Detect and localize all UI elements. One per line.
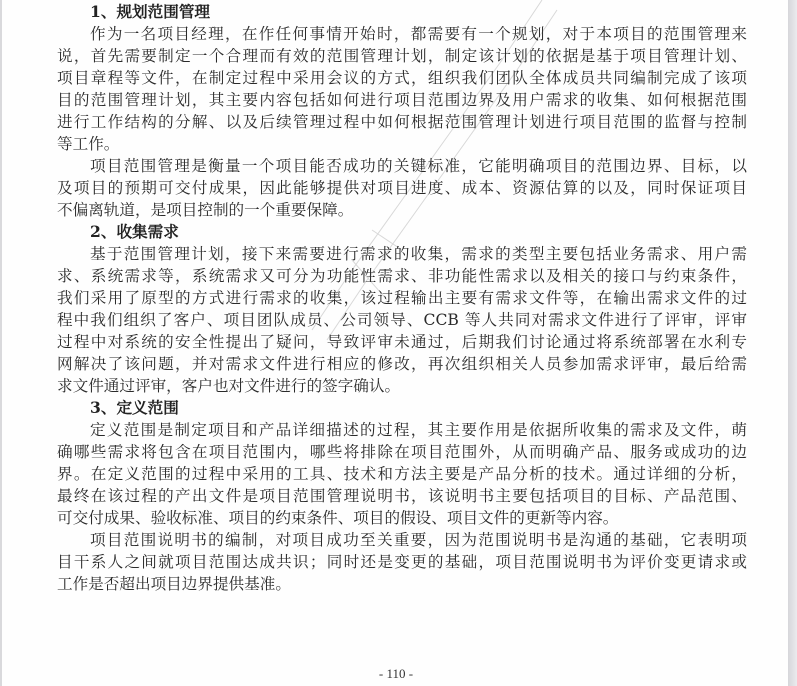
paragraph-line: 求文件通过评审，客户也对文件进行的签字确认。 bbox=[57, 375, 747, 397]
document-page: 1、规划范围管理 作为一名项目经理，在作任何事情开始时，都需要有一个规划，对于本… bbox=[0, 0, 788, 686]
paragraph-line: 求、系统需求等，系统需求又可分为功能性需求、非功能性需求以及相关的接口与约束条件… bbox=[57, 265, 747, 287]
paragraph-line: 过程中对系统的安全性提出了疑问，导致评审未通过，后期我们讨论通过将系统部署在水利… bbox=[57, 331, 747, 353]
section-heading: 1、规划范围管理 bbox=[57, 1, 747, 23]
paragraph-line: 我们采用了原型的方式进行需求的收集，该过程输出主要有需求文件等，在输出需求文件的… bbox=[57, 287, 747, 309]
paragraph-line: 作为一名项目经理，在作任何事情开始时，都需要有一个规划，对于本项目的范围管理来 bbox=[57, 23, 747, 45]
paragraph-line: 及项目的预期可交付成果，因此能够提供对项目进度、成本、资源估算的以及，同时保证项… bbox=[57, 177, 747, 199]
paragraph-line: 进行工作结构的分解、以及后续管理过程中如何根据范围管理计划进行项目范围的监督与控… bbox=[57, 111, 747, 133]
paragraph-line: 不偏离轨道，是项目控制的一个重要保障。 bbox=[57, 199, 747, 221]
paragraph-line: 界。在定义范围的过程中采用的工具、技术和方法主要是产品分析的技术。通过详细的分析… bbox=[57, 463, 747, 485]
paragraph-line: 定义范围是制定项目和产品详细描述的过程，其主要作用是依据所收集的需求及文件，萌 bbox=[57, 419, 747, 441]
document-body: 1、规划范围管理 作为一名项目经理，在作任何事情开始时，都需要有一个规划，对于本… bbox=[57, 1, 747, 595]
paragraph-line: 项目范围管理是衡量一个项目能否成功的关键标准，它能明确项目的范围边界、目标，以 bbox=[57, 155, 747, 177]
paragraph-line: 程中我们组织了客户、项目团队成员、公司领导、CCB 等人共同对需求文件进行了评审… bbox=[57, 309, 747, 331]
paragraph-line: 项目范围说明书的编制，对项目成功至关重要，因为范围说明书是沟通的基础，它表明项 bbox=[57, 529, 747, 551]
paragraph-line: 目干系人之间就项目范围达成共识；同时还是变更的基础，项目范围说明书为评价变更请求… bbox=[57, 551, 747, 573]
paragraph-line: 网解决了该问题，并对需求文件进行相应的修改，再次组织相关人员参加需求评审，最后给… bbox=[57, 353, 747, 375]
paragraph-line: 基于范围管理计划，接下来需要进行需求的收集，需求的类型主要包括业务需求、用户需 bbox=[57, 243, 747, 265]
paragraph-line: 可交付成果、验收标准、项目的约束条件、项目的假设、项目文件的更新等内容。 bbox=[57, 507, 747, 529]
section-heading: 3、定义范围 bbox=[57, 397, 747, 419]
viewer-scrollbar-track[interactable] bbox=[788, 0, 797, 686]
paragraph-line: 等工作。 bbox=[57, 133, 747, 155]
paragraph-line: 目的范围管理计划，其主要内容包括如何进行项目范围边界及用户需求的收集、如何根据范… bbox=[57, 89, 747, 111]
section-heading: 2、收集需求 bbox=[57, 221, 747, 243]
paragraph-line: 最终在该过程的产出文件是项目范围管理说明书，该说明书主要包括项目的目标、产品范围… bbox=[57, 485, 747, 507]
paragraph-line: 确哪些需求将包含在项目范围内，哪些将排除在项目范围外，从而明确产品、服务或成功的… bbox=[57, 441, 747, 463]
paragraph-line: 项目章程等文件，在制定过程中采用会议的方式，组织我们团队全体成员共同编制完成了该… bbox=[57, 67, 747, 89]
page-number: - 110 - bbox=[2, 666, 788, 682]
paragraph-line: 工作是否超出项目边界提供基准。 bbox=[57, 573, 747, 595]
paragraph-line: 说，首先需要制定一个合理而有效的范围管理计划，制定该计划的依据是基于项目管理计划… bbox=[57, 45, 747, 67]
